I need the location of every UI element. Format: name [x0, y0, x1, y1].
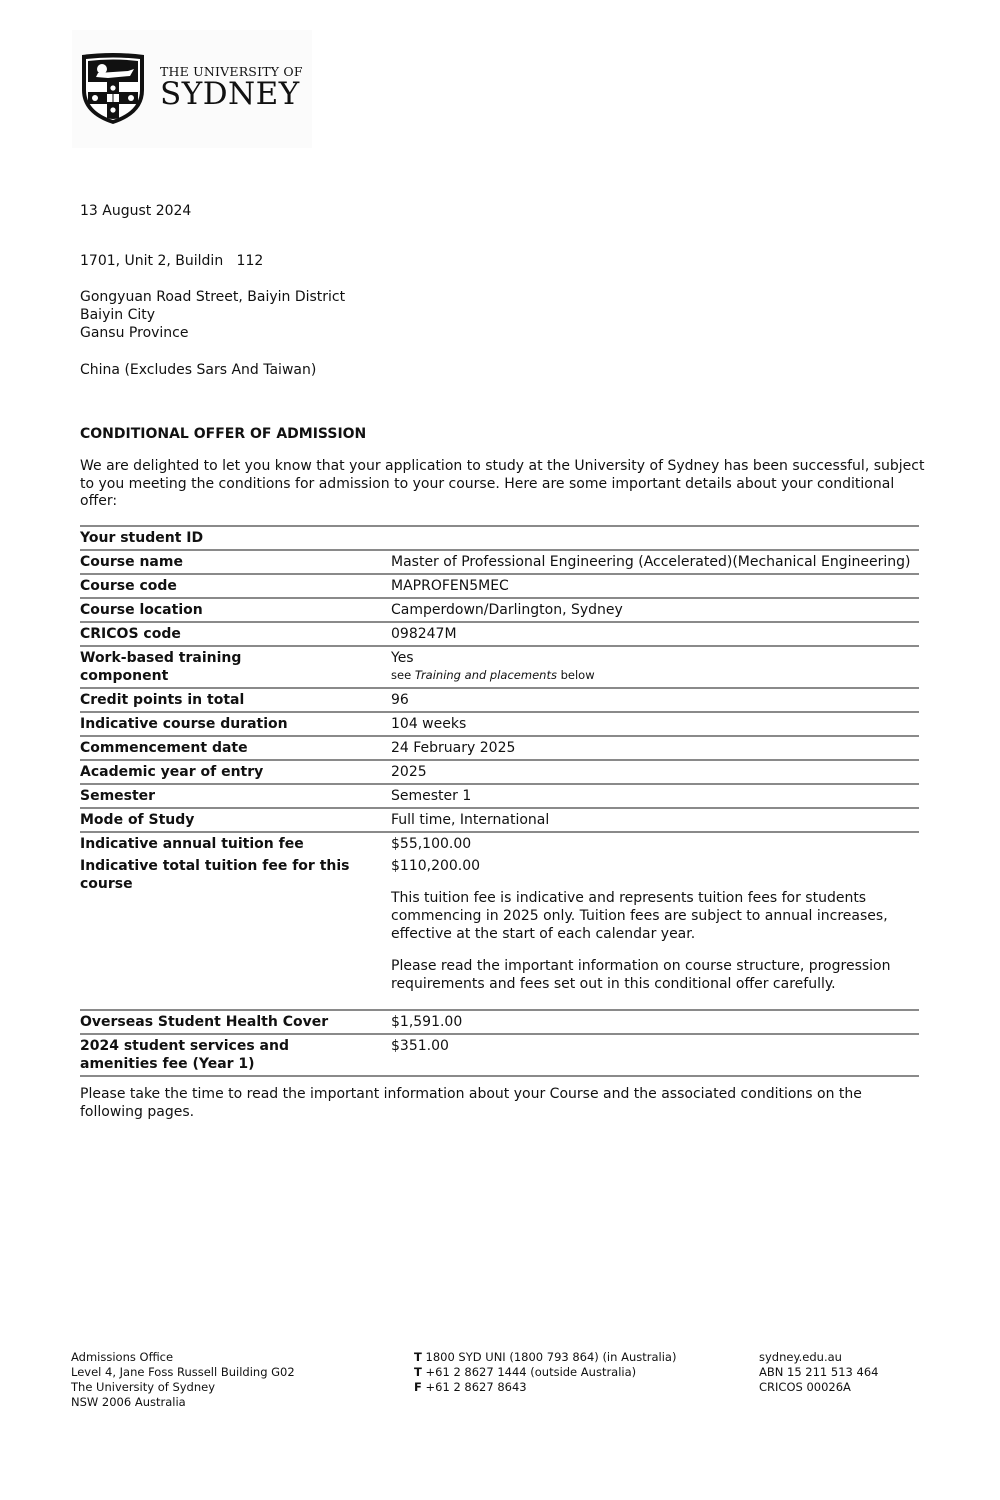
- address-line-1: 1701, Unit 2, Buildin 112: [80, 252, 263, 270]
- row-value: 104 weeks: [391, 712, 919, 736]
- table-row: Commencement date24 February 2025: [80, 736, 919, 760]
- row-value: 96: [391, 688, 919, 712]
- footer-web-info: sydney.edu.au ABN 15 211 513 464 CRICOS …: [759, 1350, 878, 1395]
- footer-phone: T +61 2 8627 1444 (outside Australia): [414, 1365, 676, 1380]
- footer-line: NSW 2006 Australia: [71, 1395, 295, 1410]
- address-block: Gongyuan Road Street, Baiyin District Ba…: [80, 288, 345, 342]
- table-row: Work-based training componentYessee Trai…: [80, 646, 919, 688]
- row-label: Your student ID: [80, 526, 391, 550]
- row-note: see Training and placements below: [391, 667, 919, 683]
- row-value: $1,591.00: [391, 1010, 919, 1034]
- fee-note: Please read the important information on…: [391, 957, 919, 993]
- footer-line: Level 4, Jane Foss Russell Building G02: [71, 1365, 295, 1380]
- footer-contact: T 1800 SYD UNI (1800 793 864) (in Austra…: [414, 1350, 676, 1395]
- row-label: Commencement date: [80, 736, 391, 760]
- row-value: $55,100.00: [391, 832, 919, 855]
- row-value: Camperdown/Darlington, Sydney: [391, 598, 919, 622]
- footer-website-link[interactable]: sydney.edu.au: [759, 1350, 878, 1365]
- row-label: Academic year of entry: [80, 760, 391, 784]
- footer-address: Admissions Office Level 4, Jane Foss Rus…: [71, 1350, 295, 1410]
- table-row: CRICOS code098247M: [80, 622, 919, 646]
- row-label: 2024 student services and amenities fee …: [80, 1034, 391, 1076]
- footer-abn: ABN 15 211 513 464: [759, 1365, 878, 1380]
- row-value: Full time, International: [391, 808, 919, 832]
- footer-line: Admissions Office: [71, 1350, 295, 1365]
- row-value: $110,200.00: [391, 857, 919, 875]
- address-line: Baiyin City: [80, 306, 345, 324]
- footer-line: The University of Sydney: [71, 1380, 295, 1395]
- row-label: Course code: [80, 574, 391, 598]
- row-value: Master of Professional Engineering (Acce…: [391, 550, 919, 574]
- table-row: Indicative total tuition fee for this co…: [80, 855, 919, 1010]
- table-row: Indicative annual tuition fee $55,100.00: [80, 832, 919, 855]
- table-row: Course codeMAPROFEN5MEC: [80, 574, 919, 598]
- address-line: Gongyuan Road Street, Baiyin District: [80, 288, 345, 306]
- table-row: 2024 student services and amenities fee …: [80, 1034, 919, 1076]
- table-row: Indicative course duration104 weeks: [80, 712, 919, 736]
- closing-paragraph: Please take the time to read the importa…: [80, 1085, 920, 1121]
- row-value: MAPROFEN5MEC: [391, 574, 919, 598]
- table-row: Your student ID: [80, 526, 919, 550]
- row-label: Indicative course duration: [80, 712, 391, 736]
- footer-phone: T 1800 SYD UNI (1800 793 864) (in Austra…: [414, 1350, 676, 1365]
- logo-text-line2: SYDNEY: [160, 79, 303, 109]
- footer-cricos: CRICOS 00026A: [759, 1380, 878, 1395]
- row-label: Work-based training component: [80, 646, 391, 688]
- row-value: 24 February 2025: [391, 736, 919, 760]
- university-logo: THE UNIVERSITY OF SYDNEY: [72, 30, 312, 148]
- table-row: SemesterSemester 1: [80, 784, 919, 808]
- letter-title: CONDITIONAL OFFER OF ADMISSION: [80, 425, 366, 443]
- row-label: Indicative total tuition fee for this co…: [80, 855, 391, 1010]
- letter-date: 13 August 2024: [80, 202, 191, 220]
- university-crest-icon: [78, 52, 148, 126]
- address-country: China (Excludes Sars And Taiwan): [80, 361, 316, 379]
- table-row: Overseas Student Health Cover $1,591.00: [80, 1010, 919, 1034]
- fee-note: This tuition fee is indicative and repre…: [391, 889, 919, 943]
- row-label: Course name: [80, 550, 391, 574]
- offer-details-table: Your student IDCourse nameMaster of Prof…: [80, 525, 919, 1077]
- table-row: Course nameMaster of Professional Engine…: [80, 550, 919, 574]
- row-label: Overseas Student Health Cover: [80, 1010, 391, 1034]
- row-value: 2025: [391, 760, 919, 784]
- row-label: Course location: [80, 598, 391, 622]
- footer-fax: F +61 2 8627 8643: [414, 1380, 676, 1395]
- row-label: CRICOS code: [80, 622, 391, 646]
- row-value: $351.00: [391, 1034, 919, 1076]
- row-label: Semester: [80, 784, 391, 808]
- row-value: Yes: [391, 649, 919, 667]
- table-row: Academic year of entry2025: [80, 760, 919, 784]
- row-label: Credit points in total: [80, 688, 391, 712]
- row-label: Mode of Study: [80, 808, 391, 832]
- row-value: 098247M: [391, 622, 919, 646]
- row-value: [391, 526, 919, 550]
- row-value: Semester 1: [391, 784, 919, 808]
- intro-paragraph: We are delighted to let you know that yo…: [80, 458, 925, 511]
- table-row: Mode of StudyFull time, International: [80, 808, 919, 832]
- table-row: Course locationCamperdown/Darlington, Sy…: [80, 598, 919, 622]
- row-label: Indicative annual tuition fee: [80, 832, 391, 855]
- table-row: Credit points in total96: [80, 688, 919, 712]
- address-line: Gansu Province: [80, 324, 345, 342]
